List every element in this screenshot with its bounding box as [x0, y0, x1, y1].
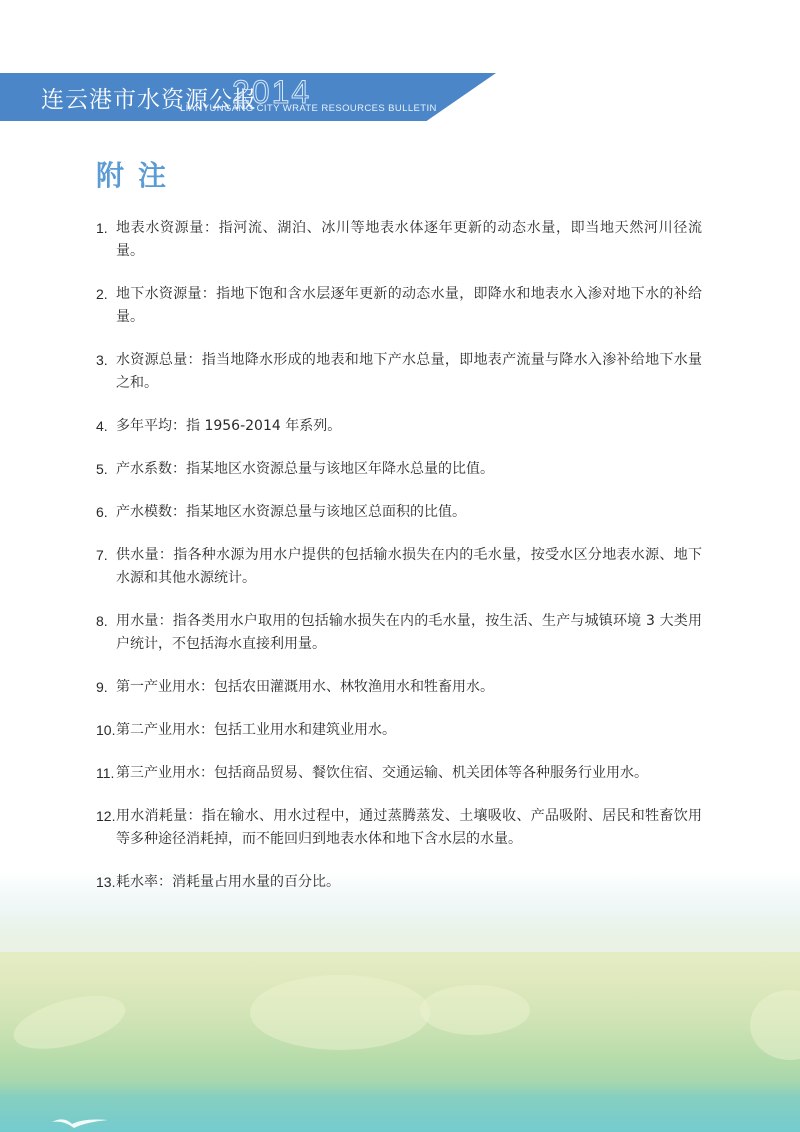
note-number: 4. — [96, 415, 116, 438]
note-item: 9. 第一产业用水：包括农田灌溉用水、林牧渔用水和牲畜用水。 — [96, 676, 702, 699]
note-number: 7. — [96, 544, 116, 590]
note-number: 11. — [96, 762, 116, 785]
bokeh-decoration — [420, 985, 530, 1035]
note-text: 产水模数：指某地区水资源总量与该地区总面积的比值。 — [116, 501, 702, 524]
note-item: 6. 产水模数：指某地区水资源总量与该地区总面积的比值。 — [96, 501, 702, 524]
bulletin-subtitle-en: LIANYUNGANG CITY WRATE RESOURCES BULLETI… — [180, 103, 437, 114]
note-item: 13. 耗水率：消耗量占用水量的百分比。 — [96, 871, 702, 894]
note-number: 1. — [96, 217, 116, 263]
note-item: 1. 地表水资源量：指河流、湖泊、冰川等地表水体逐年更新的动态水量，即当地天然河… — [96, 217, 702, 263]
note-text: 供水量：指各种水源为用水户提供的包括输水损失在内的毛水量，按受水区分地表水源、地… — [116, 544, 702, 590]
note-item: 4. 多年平均：指 1956-2014 年系列。 — [96, 415, 702, 438]
note-text: 多年平均：指 1956-2014 年系列。 — [116, 415, 702, 438]
note-text: 产水系数：指某地区水资源总量与该地区年降水总量的比值。 — [116, 458, 702, 481]
note-text: 用水量：指各类用水户取用的包括输水损失在内的毛水量，按生活、生产与城镇环境 3 … — [116, 610, 702, 656]
note-item: 5. 产水系数：指某地区水资源总量与该地区年降水总量的比值。 — [96, 458, 702, 481]
note-text: 地下水资源量：指地下饱和含水层逐年更新的动态水量，即降水和地表水入渗对地下水的补… — [116, 283, 702, 329]
note-number: 8. — [96, 610, 116, 656]
note-number: 6. — [96, 501, 116, 524]
note-number: 2. — [96, 283, 116, 329]
note-item: 8. 用水量：指各类用水户取用的包括输水损失在内的毛水量，按生活、生产与城镇环境… — [96, 610, 702, 656]
document-page: 连云港市水资源公报 2014 LIANYUNGANG CITY WRATE RE… — [0, 0, 800, 1132]
page-title: 附注 — [96, 154, 180, 194]
bokeh-decoration — [250, 975, 430, 1050]
note-text: 水资源总量：指当地降水形成的地表和地下产水总量，即地表产流量与降水入渗补给地下水… — [116, 349, 702, 395]
note-number: 9. — [96, 676, 116, 699]
notes-list: 1. 地表水资源量：指河流、湖泊、冰川等地表水体逐年更新的动态水量，即当地天然河… — [96, 217, 702, 914]
note-text: 第二产业用水：包括工业用水和建筑业用水。 — [116, 719, 702, 742]
note-text: 耗水率：消耗量占用水量的百分比。 — [116, 871, 702, 894]
seagull-icon — [50, 1116, 110, 1130]
note-text: 地表水资源量：指河流、湖泊、冰川等地表水体逐年更新的动态水量，即当地天然河川径流… — [116, 217, 702, 263]
note-item: 10. 第二产业用水：包括工业用水和建筑业用水。 — [96, 719, 702, 742]
note-item: 7. 供水量：指各种水源为用水户提供的包括输水损失在内的毛水量，按受水区分地表水… — [96, 544, 702, 590]
note-item: 3. 水资源总量：指当地降水形成的地表和地下产水总量，即地表产流量与降水入渗补给… — [96, 349, 702, 395]
note-item: 11. 第三产业用水：包括商品贸易、餐饮住宿、交通运输、机关团体等各种服务行业用… — [96, 762, 702, 785]
note-item: 12. 用水消耗量：指在输水、用水过程中，通过蒸腾蒸发、土壤吸收、产品吸附、居民… — [96, 805, 702, 851]
note-number: 13. — [96, 871, 116, 894]
note-text: 第一产业用水：包括农田灌溉用水、林牧渔用水和牲畜用水。 — [116, 676, 702, 699]
note-number: 10. — [96, 719, 116, 742]
note-text: 用水消耗量：指在输水、用水过程中，通过蒸腾蒸发、土壤吸收、产品吸附、居民和牲畜饮… — [116, 805, 702, 851]
note-number: 5. — [96, 458, 116, 481]
note-item: 2. 地下水资源量：指地下饱和含水层逐年更新的动态水量，即降水和地表水入渗对地下… — [96, 283, 702, 329]
note-text: 第三产业用水：包括商品贸易、餐饮住宿、交通运输、机关团体等各种服务行业用水。 — [116, 762, 702, 785]
note-number: 12. — [96, 805, 116, 851]
note-number: 3. — [96, 349, 116, 395]
